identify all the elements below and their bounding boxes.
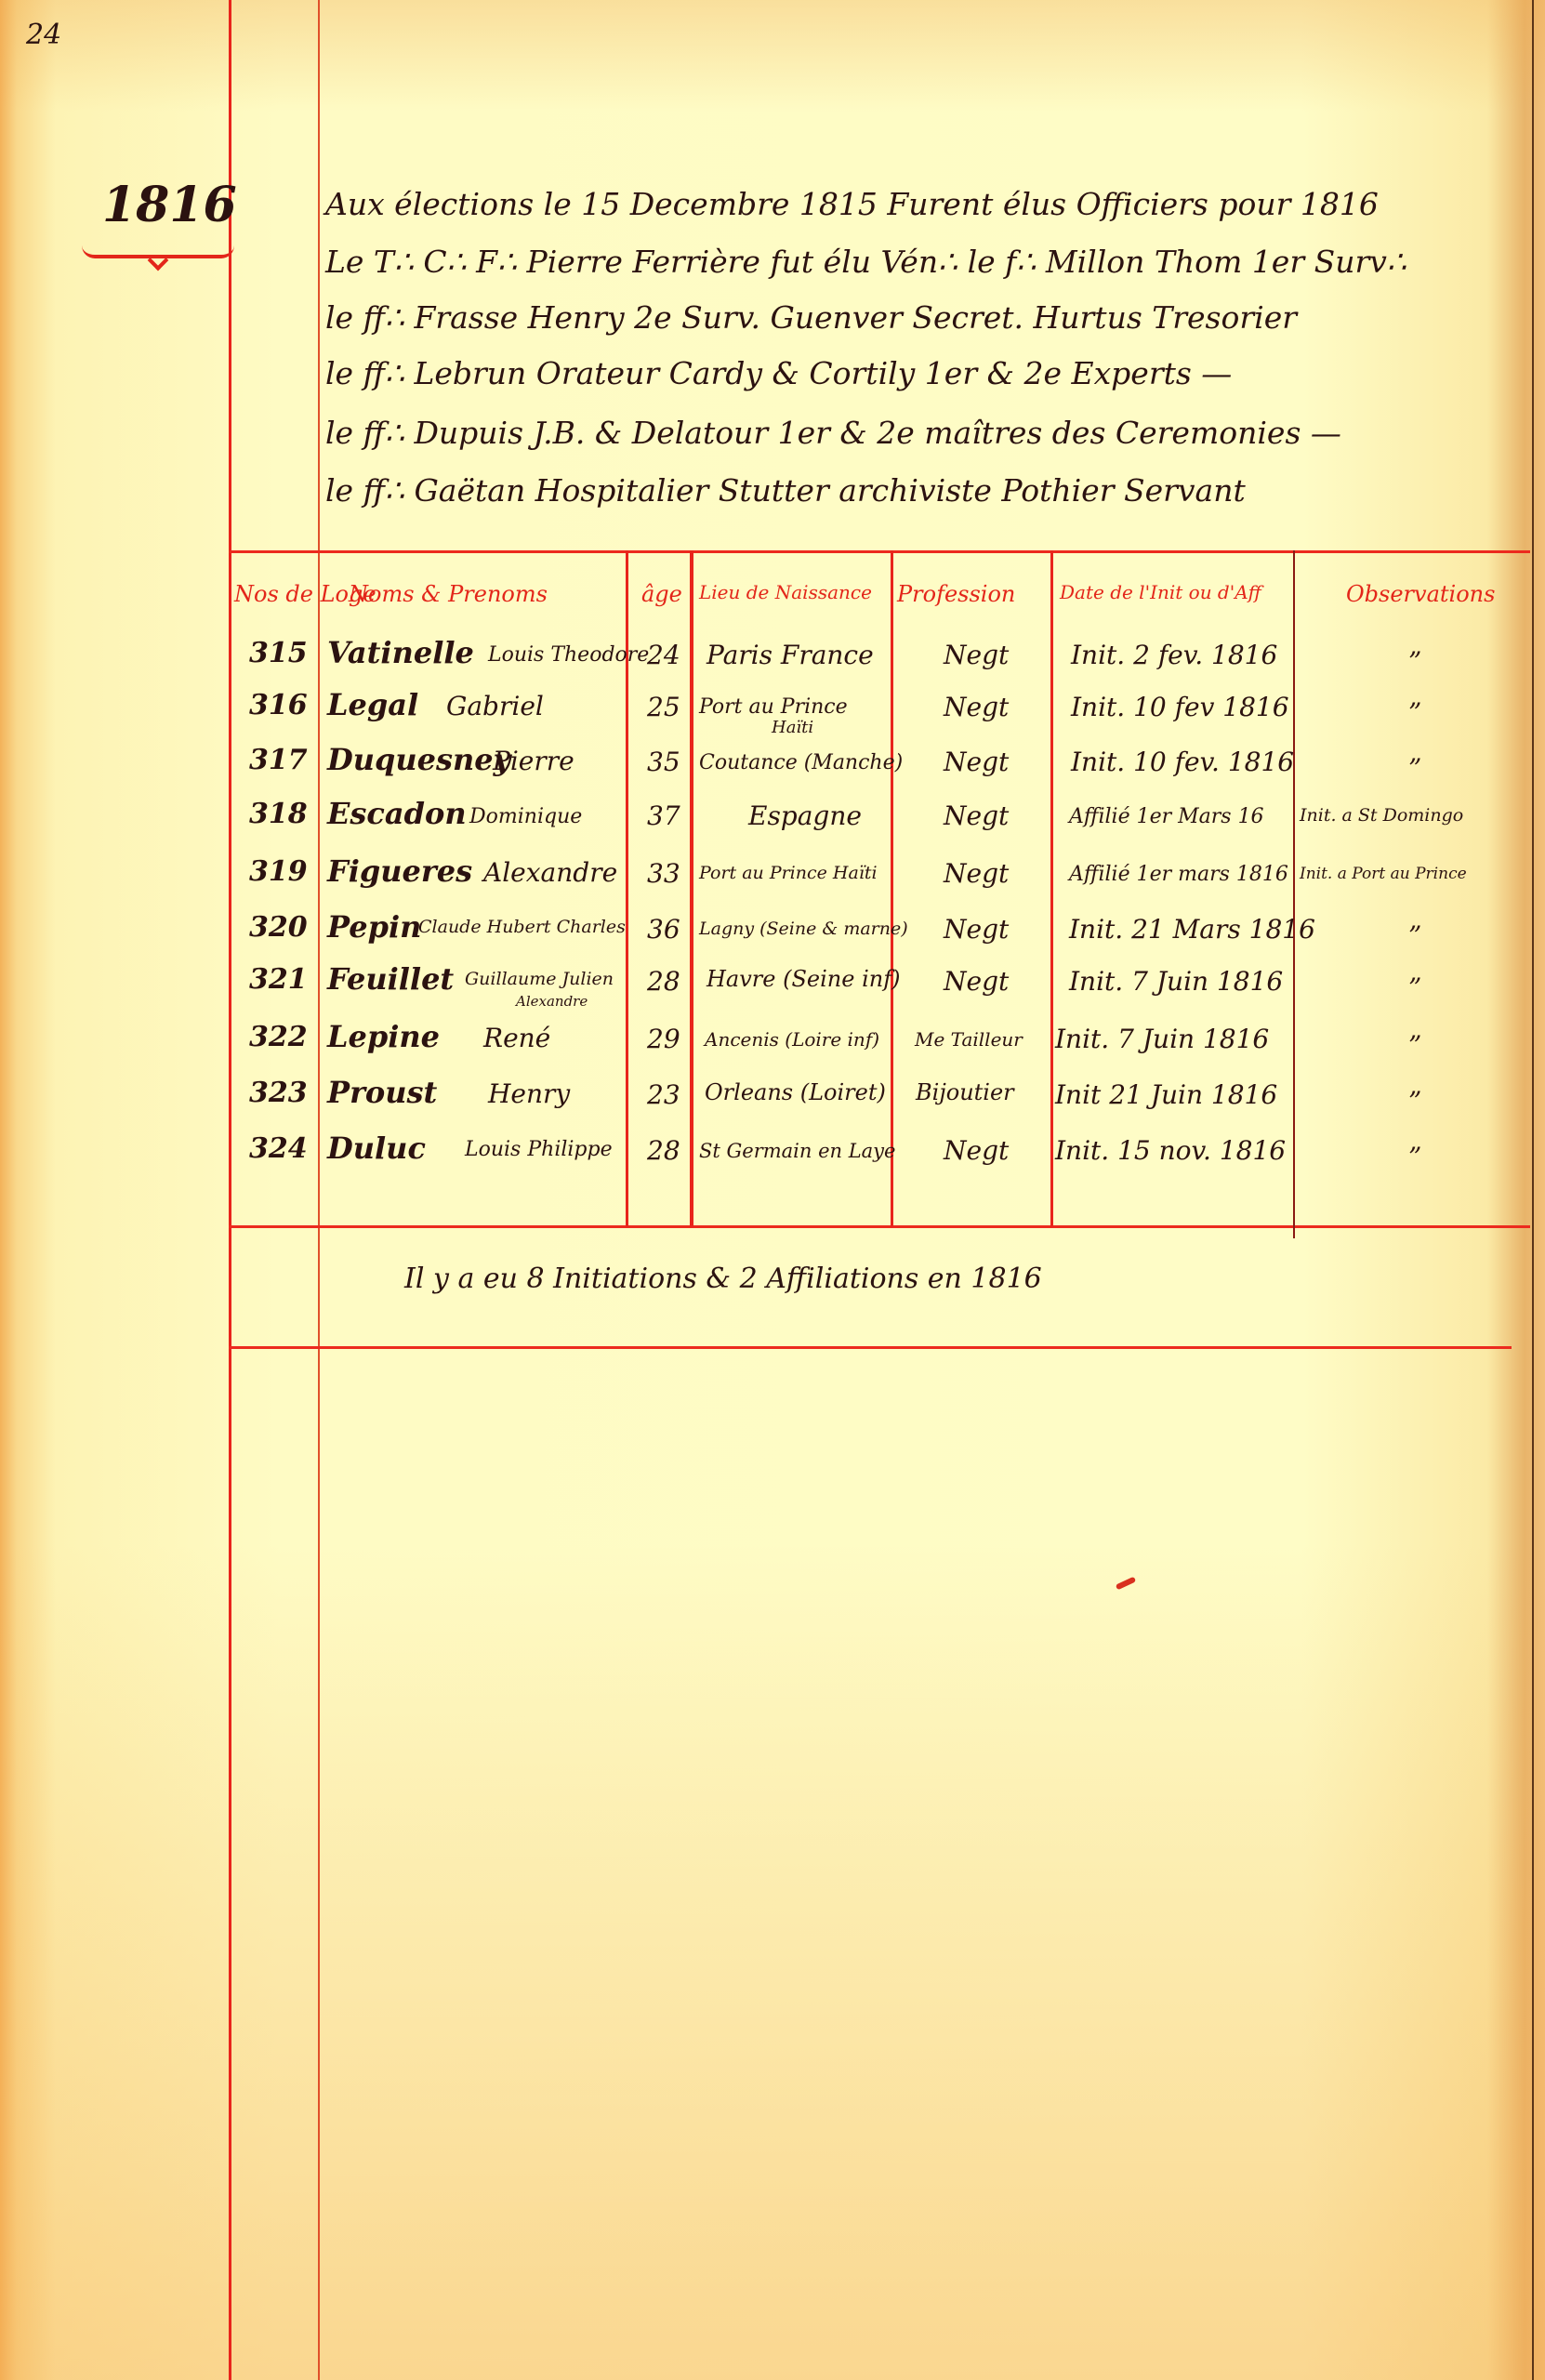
paper-stain-bottom [0,1543,1545,2380]
initiation-date: Init. 7 Juin 1816 [1069,966,1283,997]
observation: ” [1408,646,1421,677]
age: 33 [647,858,680,889]
birthplace: Orleans (Loiret) [705,1079,886,1105]
surname: Lepine [327,1019,440,1054]
birthplace: St Germain en Laye [699,1140,895,1162]
lodge-number: 319 [249,855,308,888]
age: 28 [647,966,680,997]
birthplace: Espagne [748,800,862,831]
lodge-number: 324 [249,1132,308,1165]
age: 24 [647,640,680,670]
birthplace: Port au Prince Haïti [699,863,878,883]
observation: ” [1408,1030,1421,1061]
profession: Me Tailleur [915,1028,1023,1051]
given-names-addition: Alexandre [516,993,588,1010]
surname: Vatinelle [327,635,474,670]
intro-line: le ff∴ Dupuis J.B. & Delatour 1er & 2e m… [325,415,1341,451]
column-rule [891,550,893,1227]
birthplace: Port au Prince [699,695,848,719]
given-names: Henry [488,1078,570,1109]
page-number: 24 [26,19,61,51]
profession: Negt [944,800,1009,831]
page-binding-edge [1532,0,1534,2380]
given-names: Alexandre [483,857,617,888]
birthplace: Coutance (Manche) [699,751,903,774]
given-names: Louis Philippe [465,1138,613,1161]
initiation-date: Init. 10 fev 1816 [1071,692,1289,722]
initiation-date: Init. 2 fev. 1816 [1071,640,1277,670]
intro-line: le ff∴ Gaëtan Hospitalier Stutter archiv… [325,472,1246,509]
lodge-number: 323 [249,1077,308,1109]
birthplace: Ancenis (Loire inf) [705,1028,879,1051]
header-names: Noms & Prenoms [349,581,548,607]
given-names: René [483,1023,550,1053]
intro-line: le ff∴ Frasse Henry 2e Surv. Guenver Sec… [325,299,1297,336]
birthplace: Paris France [706,640,874,670]
paper-stain-top [0,0,1545,112]
given-names: Dominique [469,805,582,828]
surname: Feuillet [327,961,454,997]
surname: Duquesney [327,742,510,777]
table-top-rule [229,550,1530,553]
lodge-number: 320 [249,911,308,944]
age: 36 [647,914,680,945]
age: 28 [647,1135,680,1166]
annual-summary: Il y a eu 8 Initiations & 2 Affiliations… [404,1263,1042,1295]
surname: Proust [327,1075,437,1110]
year-brace-ornament [82,240,234,258]
observation: ” [1408,753,1421,784]
age: 29 [647,1024,680,1054]
profession: Negt [944,858,1009,889]
initiation-date: Init. 21 Mars 1816 [1069,914,1315,945]
given-names: Gabriel [446,691,544,721]
observation: Init. a Port au Prince [1300,865,1467,883]
year-heading: 1816 [102,177,237,233]
given-names: Pierre [493,746,574,776]
birthplace-note: Haïti [772,718,813,737]
profession: Negt [944,640,1009,670]
given-names: Louis Theodore [488,643,649,667]
initiation-date: Init 21 Juin 1816 [1055,1079,1277,1110]
lodge-number: 318 [249,798,308,830]
birthplace: Havre (Seine inf) [706,966,900,992]
surname: Duluc [327,1130,426,1166]
intro-line: Aux élections le 15 Decembre 1815 Furent… [325,186,1379,222]
given-names: Guillaume Julien [465,969,614,989]
header-profession: Profession [897,581,1015,607]
profession: Negt [944,966,1009,997]
lodge-number: 315 [249,637,308,669]
surname: Figueres [327,853,472,889]
observation: ” [1408,920,1421,951]
intro-line: le ff∴ Lebrun Orateur Cardy & Cortily 1e… [325,355,1232,391]
lodge-number: 316 [249,689,308,721]
table-bottom-rule [229,1225,1530,1228]
header-date: Date de l'Init ou d'Aff [1060,581,1261,603]
observation: ” [1408,972,1421,1003]
observation: ” [1408,1142,1421,1172]
lodge-number: 317 [249,744,308,776]
lodge-number: 322 [249,1021,308,1053]
observation: ” [1408,1086,1421,1117]
age: 23 [647,1079,680,1110]
initiation-date: Init. 7 Juin 1816 [1055,1024,1269,1054]
profession: Negt [944,747,1009,777]
margin-rule-outer [229,0,231,2380]
margin-rule-inner [318,0,320,2380]
header-birthplace: Lieu de Naissance [699,581,872,603]
summary-bottom-rule [229,1346,1512,1349]
age: 25 [647,692,680,722]
profession: Negt [944,914,1009,945]
age: 37 [647,800,680,831]
surname: Legal [327,687,418,722]
column-rule [1050,550,1053,1227]
initiation-date: Init. 15 nov. 1816 [1055,1135,1286,1166]
surname: Pepin [327,909,421,945]
birthplace: Lagny (Seine & marne) [699,919,908,939]
observation: Init. a St Domingo [1300,805,1463,826]
age: 35 [647,747,680,777]
given-names: Claude Hubert Charles [418,917,626,937]
affiliation-date: Affilié 1er mars 1816 [1069,863,1288,886]
profession: Bijoutier [916,1079,1014,1105]
affiliation-date: Affilié 1er Mars 16 [1069,805,1264,828]
surname: Escadon [327,796,467,831]
lodge-number: 321 [249,963,308,996]
header-observations: Observations [1346,581,1495,607]
profession: Negt [944,1135,1009,1166]
header-age: âge [641,581,682,607]
observation: ” [1408,697,1421,728]
column-rule [690,550,693,1227]
initiation-date: Init. 10 fev. 1816 [1071,747,1294,777]
intro-line: Le T∴ C∴ F∴ Pierre Ferrière fut élu Vén∴… [325,244,1406,280]
profession: Negt [944,692,1009,722]
column-rule [1293,550,1295,1238]
